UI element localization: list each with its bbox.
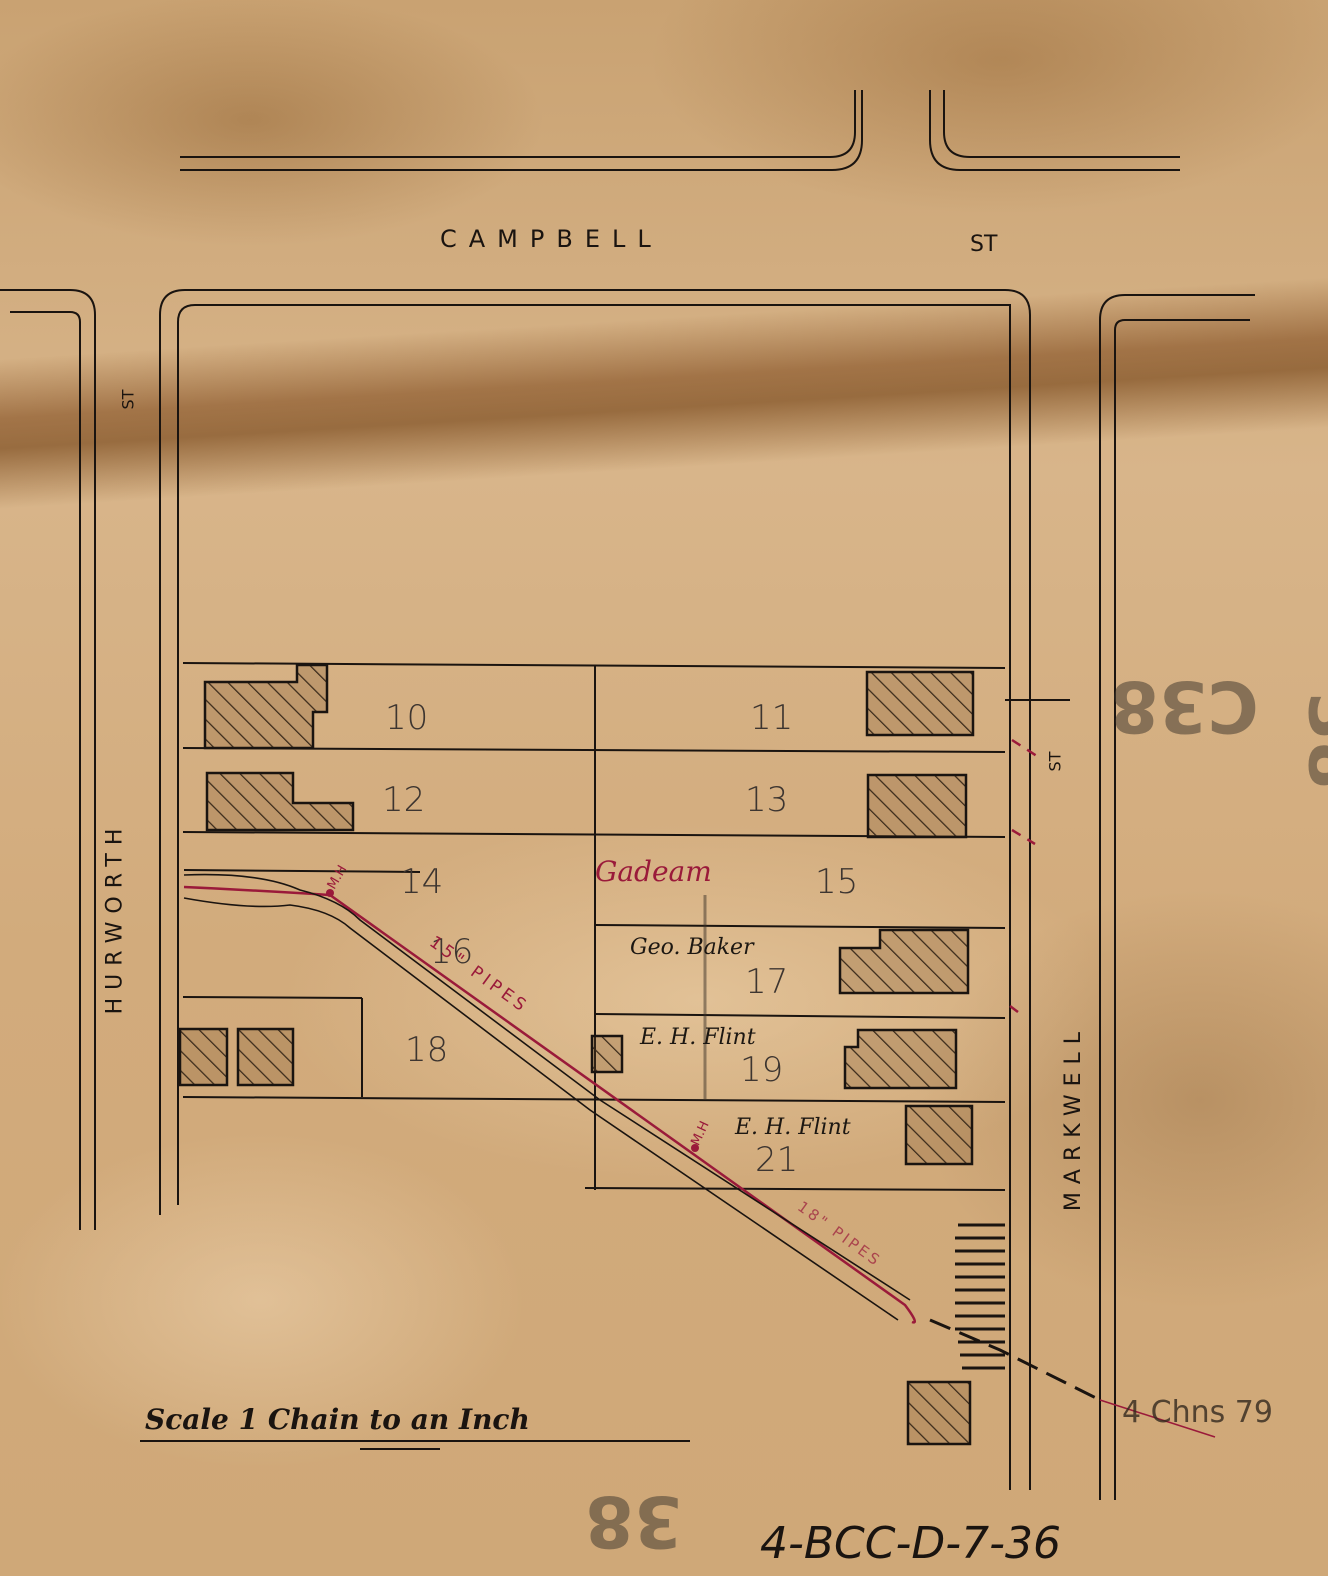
lot-number-13: 13: [745, 780, 788, 820]
owner-lot-19: E. H. Flint: [640, 1025, 756, 1050]
street-suffix-hurworth: ST: [118, 390, 137, 410]
lot-number-15: 15: [815, 862, 858, 902]
map-linework: [0, 0, 1328, 1576]
lot-number-11: 11: [750, 698, 793, 738]
street-label-campbell: CAMPBELL: [440, 225, 663, 253]
lot-number-12: 12: [382, 780, 425, 820]
stamp-right-top: 38: [1293, 692, 1328, 789]
map-sheet: CAMPBELL ST HURWORTH ST MARKWELL ST 10 1…: [0, 0, 1328, 1576]
street-suffix-campbell: ST: [970, 232, 997, 257]
drawing-reference-number: 4-BCC-D-7-36: [760, 1518, 1061, 1569]
pencil-distance-note: 4 Chns 79: [1122, 1395, 1273, 1430]
street-label-hurworth: HURWORTH: [102, 821, 127, 1015]
owner-lot-17: Geo. Baker: [630, 935, 754, 960]
lot-number-14: 14: [400, 862, 443, 902]
stamp-right-mid: C38: [1110, 665, 1259, 747]
lot-number-10: 10: [385, 698, 428, 738]
lot-number-17: 17: [745, 962, 788, 1002]
owner-lot-21: E. H. Flint: [735, 1115, 851, 1140]
stamp-bottom: 38: [585, 1480, 682, 1562]
scale-note: Scale 1 Chain to an Inch: [145, 1403, 530, 1436]
owner-lot-15: Gadeam: [595, 855, 712, 888]
lot-number-21: 21: [755, 1140, 798, 1180]
street-suffix-markwell: ST: [1045, 752, 1064, 772]
lot-number-19: 19: [740, 1050, 783, 1090]
street-label-markwell: MARKWELL: [1061, 1024, 1086, 1211]
lot-number-18: 18: [405, 1030, 448, 1070]
